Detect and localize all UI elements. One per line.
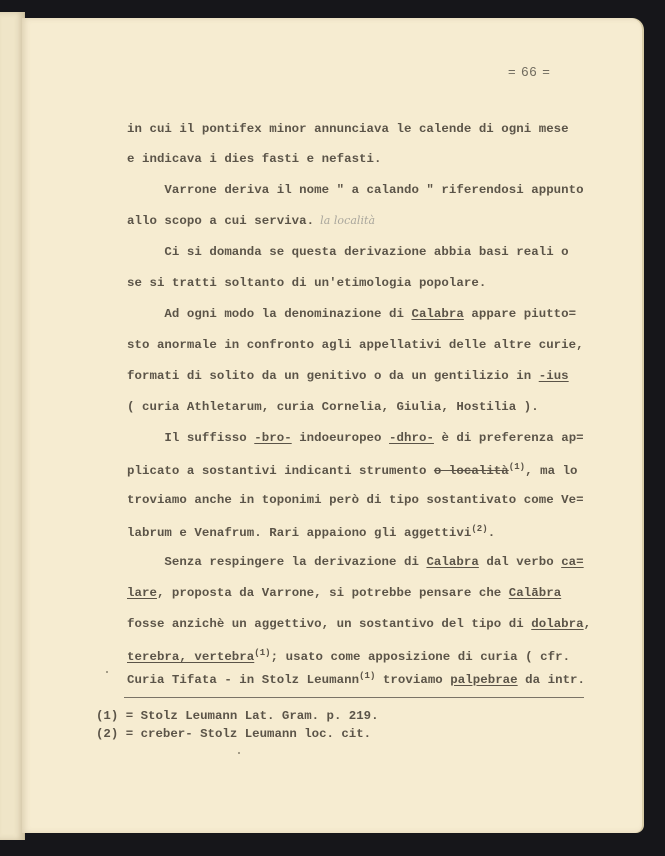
text-segment: . [488, 526, 496, 540]
text-line: sto anormale in confronto agli appellati… [127, 338, 584, 352]
text-line: in cui il pontifex minor annunciava le c… [127, 122, 569, 136]
underlined-term: terebra, vertebra [127, 650, 254, 664]
footnote-ref: (1) [254, 648, 270, 658]
text-segment: , [584, 617, 592, 631]
text-line: troviamo anche in toponimi però di tipo … [127, 493, 584, 507]
text-segment: formati di solito da un genitivo o da un… [127, 369, 539, 383]
text-segment: Varrone deriva il nome " a calando " rif… [127, 183, 584, 197]
text-line: formati di solito da un genitivo o da un… [127, 369, 569, 383]
text-segment: troviamo [375, 673, 450, 687]
text-segment: allo scopo a cui serviva. [127, 214, 314, 228]
text-line: Varrone deriva il nome " a calando " rif… [127, 183, 584, 197]
footnote-2: (2) = creber- Stolz Leumann loc. cit. [96, 727, 371, 741]
text-line: lare, proposta da Varrone, si potrebbe p… [127, 586, 561, 600]
text-segment: appare piutto= [464, 307, 576, 321]
underlined-term: -bro- [254, 431, 291, 445]
text-segment: se si tratti soltanto di un'etimologia p… [127, 276, 486, 290]
handwritten-annotation: la località [320, 214, 375, 227]
text-segment: Ad ogni modo la denominazione di [127, 307, 411, 321]
text-line: Ad ogni modo la denominazione di Calabra… [127, 307, 576, 321]
struck-text: o località [434, 464, 509, 478]
text-segment: da intr. [518, 673, 585, 687]
text-line: Senza respingere la derivazione di Calab… [127, 555, 584, 569]
underlined-term: palpebrae [450, 673, 517, 687]
text-segment: Senza respingere la derivazione di [127, 555, 426, 569]
margin-mark [106, 671, 108, 673]
text-line: e indicava i dies fasti e nefasti. [127, 152, 382, 166]
text-line: labrum e Venafrum. Rari appaiono gli agg… [127, 524, 495, 540]
text-segment: plicato a sostantivi indicanti strumento [127, 464, 434, 478]
text-segment: , ma lo [525, 464, 577, 478]
text-segment: labrum e Venafrum. Rari appaiono gli agg… [127, 526, 471, 540]
paper-speck [238, 752, 240, 754]
text-segment: ( curia Athletarum, curia Cornelia, Giul… [127, 400, 539, 414]
underlined-term: Calabra [411, 307, 463, 321]
text-segment: Curia Tifata - in Stolz Leumann [127, 673, 359, 687]
text-line: se si tratti soltanto di un'etimologia p… [127, 276, 486, 290]
text-segment: fosse anzichè un aggettivo, un sostantiv… [127, 617, 531, 631]
underlined-term: lare [127, 586, 157, 600]
underlined-term: Calabra [426, 555, 478, 569]
text-segment: , proposta da Varrone, si potrebbe pensa… [157, 586, 509, 600]
text-segment: sto anormale in confronto agli appellati… [127, 338, 584, 352]
underlined-term: ca= [561, 555, 583, 569]
underlined-term: dolabra [531, 617, 583, 631]
text-segment: Il suffisso [127, 431, 254, 445]
text-segment: Ci si domanda se questa derivazione abbi… [127, 245, 569, 259]
text-line: Il suffisso -bro- indoeuropeo -dhro- è d… [127, 431, 584, 445]
underlined-term: Calābra [509, 586, 561, 600]
text-line: allo scopo a cui serviva.la località [127, 214, 375, 228]
text-line: ( curia Athletarum, curia Cornelia, Giul… [127, 400, 539, 414]
text-segment: troviamo anche in toponimi però di tipo … [127, 493, 584, 507]
text-line: Curia Tifata - in Stolz Leumann(1) trovi… [127, 671, 585, 687]
text-line: plicato a sostantivi indicanti strumento… [127, 462, 578, 478]
text-segment: è di preferenza ap= [434, 431, 584, 445]
text-segment: dal verbo [479, 555, 561, 569]
footnote-ref: (2) [471, 524, 487, 534]
underlined-term: -ius [539, 369, 569, 383]
text-line: terebra, vertebra(1); usato come apposiz… [127, 648, 570, 664]
footnote-ref: (1) [509, 462, 525, 472]
footnote-separator [124, 697, 584, 699]
text-segment: in cui il pontifex minor annunciava le c… [127, 122, 569, 136]
text-segment: e indicava i dies fasti e nefasti. [127, 152, 382, 166]
page-number: = 66 = [508, 64, 551, 79]
text-line: Ci si domanda se questa derivazione abbi… [127, 245, 569, 259]
text-line: fosse anzichè un aggettivo, un sostantiv… [127, 617, 591, 631]
text-segment: ; usato come apposizione di curia ( cfr. [271, 650, 570, 664]
footnote-1: (1) = Stolz Leumann Lat. Gram. p. 219. [96, 709, 379, 723]
footnote-ref: (1) [359, 671, 375, 681]
underlined-term: -dhro- [389, 431, 434, 445]
text-segment: indoeuropeo [292, 431, 389, 445]
